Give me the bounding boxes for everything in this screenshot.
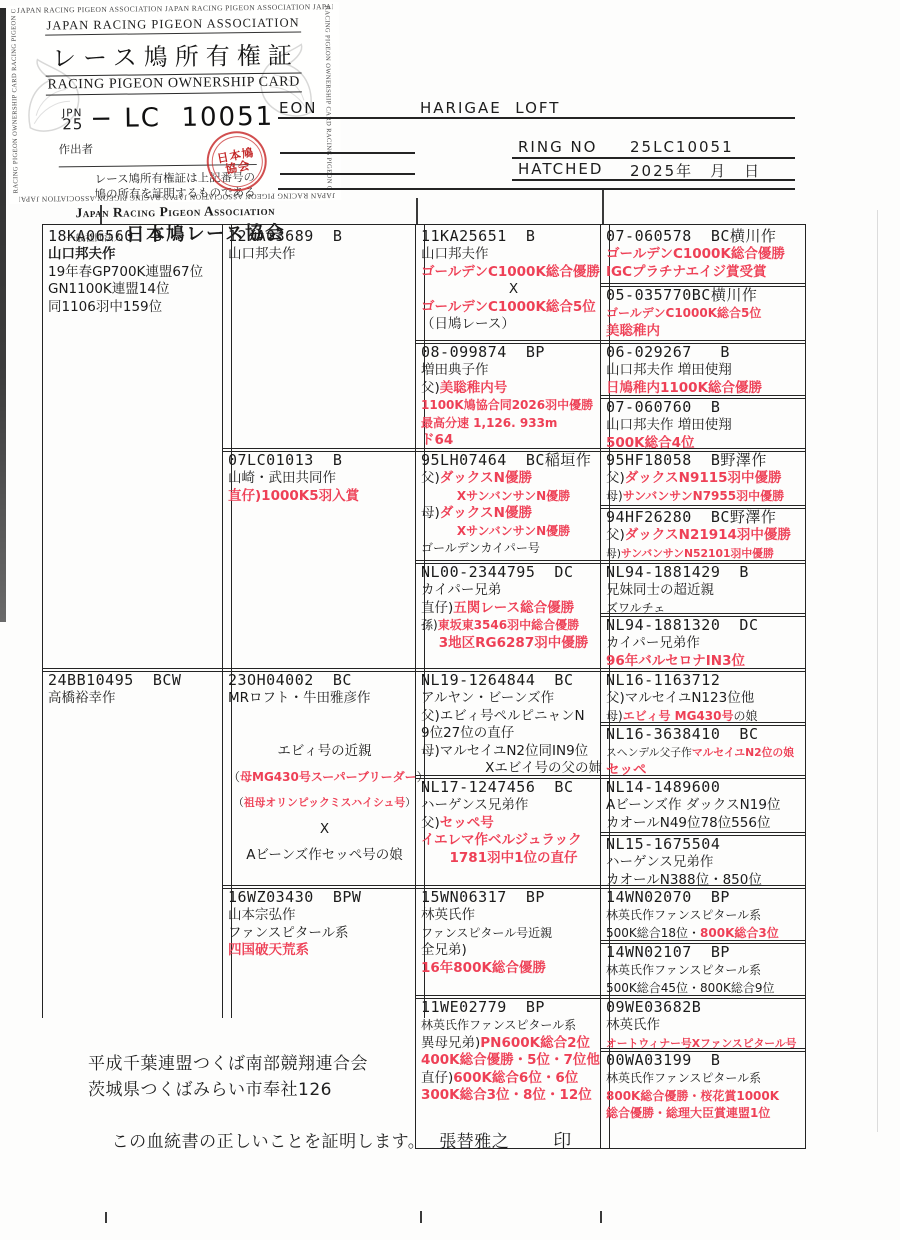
card-border-text-right: RACING PIGEON OWNERSHIP CARD RACING PIGE…: [323, 6, 332, 190]
pedigree-text: 山口邦夫作 増田使翔: [606, 417, 732, 433]
pedigree-line: エビィ号の近親: [228, 738, 421, 764]
pedigree-text: 直仔): [421, 600, 453, 616]
pedigree-text: マルセイユN2位の娘: [692, 746, 794, 759]
pedigree-line: ファンスピタール系: [228, 925, 421, 943]
certification-statement: この血統書の正しいことを証明します。張替雅之印: [88, 1103, 572, 1181]
pedigree-text: 16WZ03430 BPW: [228, 888, 361, 906]
pedigree-text: カオールN49位78位556位: [606, 815, 770, 831]
pedigree-text: 00WA03199 B: [606, 1051, 720, 1069]
pedigree-line: 14WN02070 BP: [606, 888, 802, 907]
pedigree-text: ダックスN21914羽中優勝: [625, 527, 791, 543]
pedigree-text: 14WN02070 BP: [606, 888, 730, 906]
pedigree-text: 父): [606, 470, 625, 486]
pedigree-cell-ddds: 09WE03682B林英氏作オートウィナー号Xファンスピタール号: [600, 995, 806, 1052]
pedigree-text: ド64: [421, 432, 453, 448]
pedigree-certificate-page: { "card": { "edge_top": "JAPAN RACING PI…: [0, 0, 900, 1240]
blank-field-line-2: [280, 173, 415, 175]
pedigree-line: ハーゲンス兄弟作: [421, 797, 606, 815]
card-border-text-left: RACING PIGEON OWNERSHIP CARD RACING PIGE…: [10, 9, 19, 193]
pedigree-line: NL19-1264844 BC: [421, 671, 606, 690]
card-ring-year: 25: [62, 119, 83, 130]
pedigree-line: NL15-1675504: [606, 835, 802, 854]
pedigree-line: 山口邦夫作 増田使翔: [606, 417, 802, 435]
pedigree-line: 林英氏作ファンスピタール系: [606, 962, 802, 980]
pedigree-line: XサンバンサンN優勝: [421, 523, 606, 541]
pedigree-text: 林英氏作ファンスピタール系: [606, 908, 761, 922]
pedigree-text: NL16-1163712: [606, 671, 720, 689]
pedigree-line: 父)セッペ号: [421, 815, 606, 833]
pedigree-text: アルヤン・ビーンズ作: [421, 690, 554, 706]
card-ring-number: JPN 25 − LC 10051: [46, 101, 302, 134]
pedigree-text: ダックスN優勝: [440, 470, 532, 486]
seal-inner-ring: [207, 131, 267, 191]
pedigree-text: 山本宗弘作: [228, 907, 296, 923]
pedigree-cell-dd: 16WZ03430 BPW山本宗弘作ファンスピタール系四国破天荒系: [222, 885, 425, 1018]
pedigree-text: カイパー兄弟作: [606, 635, 700, 651]
pedigree-line: 24BB10495 BCW: [48, 671, 228, 690]
pedigree-line: XサンバンサンN優勝: [421, 488, 606, 506]
pedigree-text: GN1100K連盟14位: [48, 281, 169, 297]
pedigree-text: の娘: [733, 709, 757, 723]
pedigree-cell-dsd: NL17-1247456 BCハーゲンス兄弟作父)セッペ号イエレマ作ベルジュラッ…: [415, 775, 610, 889]
pedigree-line: IGCプラチナエイジ賞受賞: [606, 264, 802, 282]
pedigree-line: 孫)東坂東3546羽中総合優勝: [421, 617, 606, 635]
pedigree-cell-sssd: 05-035770BC横川作ゴールデンC1000K総合5位美聡稚内: [600, 283, 806, 344]
pedigree-line: NL17-1247456 BC: [421, 778, 606, 797]
pedigree-text: 07-060760 B: [606, 398, 720, 416]
pedigree-text: 林英氏作ファンスピタール系: [606, 1071, 761, 1085]
pedigree-text: 山口邦夫作: [228, 246, 296, 262]
pedigree-line: 父)マルセイユN123位他: [606, 690, 802, 708]
pedigree-line: ゴールデンカイパー号: [421, 540, 606, 558]
pedigree-text: ハーゲンス兄弟作: [421, 797, 528, 813]
pedigree-line: カイパー兄弟作: [606, 635, 802, 653]
pedigree-cell-dam: 24BB10495 BCW高橋裕幸作: [42, 668, 232, 1018]
pedigree-text: 15WN06317 BP: [421, 888, 545, 906]
pedigree-text: 美聡稚内: [606, 323, 660, 339]
pedigree-cell-ddsd: 14WN02107 BP林英氏作ファンスピタール系500K総合45位・800K総…: [600, 940, 806, 999]
pedigree-text: スヘンデル父子作: [606, 746, 692, 759]
pedigree-line: 母)マルセイユN2位同IN9位: [421, 743, 606, 761]
pedigree-line: スヘンデル父子作マルセイユN2位の娘: [606, 744, 802, 762]
pedigree-line: 07-060760 B: [606, 398, 802, 417]
pedigree-line: 母)サンバンサンN7955羽中優勝: [606, 488, 802, 506]
pedigree-text: 東坂東3546羽中総合優勝: [438, 618, 579, 632]
pedigree-line: NL16-1163712: [606, 671, 802, 690]
pedigree-line: 同1106羽中159位: [48, 299, 228, 317]
pedigree-text: 500K総合45位・800K総合9位: [606, 981, 774, 995]
pedigree-text: 母): [421, 505, 440, 521]
pedigree-text: 母)マルセイユN2位同IN9位: [421, 743, 588, 759]
pedigree-line: ハーゲンス兄弟作: [606, 854, 802, 872]
pedigree-text: NL16-3638410 BC: [606, 725, 759, 743]
pedigree-line: 12KA03689 B: [228, 227, 421, 246]
tick-mark-top-1: [100, 205, 102, 224]
pedigree-text: 父)エビィ号ペルピニャンN: [421, 708, 585, 724]
pedigree-line: 増田典子作: [421, 362, 606, 380]
pedigree-text: NL94-1881429 B: [606, 563, 749, 581]
pedigree-text: Aビーンズ作 ダックスN19位: [606, 797, 780, 813]
pedigree-line: X: [228, 816, 421, 842]
pedigree-text: エビィ号の近親: [277, 743, 371, 759]
scan-edge-shadow: [0, 8, 6, 622]
ring-no-value: 25LC10051: [630, 138, 734, 156]
pedigree-cell-sss: 11KA25651 B山口邦夫作ゴールデンC1000K総合優勝XゴールデンC10…: [415, 224, 610, 344]
pedigree-line: 07LC01013 B: [228, 451, 421, 470]
pedigree-line: 林英氏作: [606, 1017, 802, 1035]
pedigree-cell-sdss: 95HF18058 B野澤作父)ダックスN9115羽中優勝母)サンバンサンN79…: [600, 448, 806, 509]
pedigree-cell-dsdd: NL15-1675504ハーゲンス兄弟作カオールN388位・850位: [600, 832, 806, 889]
pedigree-text: NL00-2344795 DC: [421, 563, 574, 581]
pedigree-text: MRロフト・牛田雅彦作: [228, 690, 371, 706]
hatched-value: 2025年 月 日: [630, 160, 761, 181]
pedigree-cell-sire: 18KA06560 B山口邦夫作19年春GP700K連盟67位GN1100K連盟…: [42, 224, 232, 672]
pedigree-text: カイパー兄弟: [421, 582, 501, 598]
pedigree-text: 孫): [421, 618, 438, 632]
pedigree-line: 山口邦夫作 増田使翔: [606, 362, 802, 380]
pedigree-line: ゴールデンC1000K総合優勝: [421, 264, 606, 282]
pedigree-text: 最高分速 1,126. 933m: [421, 416, 557, 430]
pedigree-text: 母MG430号スーパーブリーダー: [240, 770, 417, 784]
pedigree-text: XサンバンサンN優勝: [457, 524, 570, 538]
pedigree-line: （母MG430号スーパーブリーダー）: [228, 764, 421, 790]
pedigree-line: 11WE02779 BP: [421, 998, 606, 1017]
pedigree-line: 直仔)1000K5羽入賞: [228, 488, 421, 506]
pedigree-line: 07-060578 BC横川作: [606, 227, 802, 246]
pedigree-line: 父)ダックスN9115羽中優勝: [606, 470, 802, 488]
pedigree-text: 林英氏作: [606, 1017, 660, 1033]
pedigree-line: ゴールデンC1000K総合5位: [421, 299, 606, 317]
pedigree-cell-sds: 95LH07464 BC稲垣作父)ダックスN優勝XサンバンサンN優勝母)ダックス…: [415, 448, 610, 564]
pedigree-line: 95HF18058 B野澤作: [606, 451, 802, 470]
pedigree-cell-dssd: NL16-3638410 BCスヘンデル父子作マルセイユN2位の娘セッペ: [600, 722, 806, 779]
pedigree-line: 美聡稚内: [606, 323, 802, 341]
pedigree-line: ド64: [421, 432, 606, 450]
certification-statement-text: この血統書の正しいことを証明します。: [112, 1132, 426, 1152]
pedigree-cell-dddd: 00WA03199 B林英氏作ファンスピタール系800K総合優勝・桜花賞1000…: [600, 1048, 806, 1149]
pedigree-line: 16年800K総合優勝: [421, 960, 606, 978]
pedigree-text: エビィ号 MG430号: [623, 709, 734, 723]
pedigree-text: 山崎・武田共同作: [228, 470, 336, 486]
pedigree-text: 19年春GP700K連盟67位: [48, 264, 203, 280]
pedigree-text: XサンバンサンN優勝: [457, 489, 570, 503]
pedigree-text: 兄妹同士の超近親: [606, 582, 714, 598]
pedigree-line: ゴールデンC1000K総合5位: [606, 305, 802, 323]
pedigree-text: （: [233, 796, 244, 809]
rule-under-loft: [278, 117, 795, 119]
pedigree-line: （祖母オリンピックミスハイシュ号）: [228, 790, 421, 816]
card-ring-main: − LC 10051: [90, 102, 274, 134]
pedigree-text: 96年バルセロナIN3位: [606, 653, 745, 669]
pedigree-line: 94HF26280 BC野澤作: [606, 508, 802, 527]
pedigree-text: 父): [421, 470, 440, 486]
certifier-seal: 印: [553, 1131, 572, 1152]
pedigree-text: IGCプラチナエイジ賞受賞: [606, 264, 766, 280]
pedigree-line: 林英氏作ファンスピタール系: [606, 907, 802, 925]
pedigree-line: 06-029267 B: [606, 343, 802, 362]
pedigree-line: 兄妹同士の超近親: [606, 582, 802, 600]
certification-federation: 平成千葉連盟つくば南部競翔連合会: [88, 1052, 572, 1078]
card-statement-line2: 鳩の所有を証明するものである: [47, 184, 303, 202]
tick-mark-bottom-2: [420, 1211, 422, 1223]
pedigree-text: 14WN02107 BP: [606, 943, 730, 961]
pedigree-text: 高橋裕幸作: [48, 690, 116, 706]
pedigree-line: イエレマ作ベルジュラック: [421, 832, 606, 850]
pedigree-cell-dds: 15WN06317 BP林英氏作ファンスピタール号近親全兄弟)16年800K総合…: [415, 885, 610, 999]
pedigree-text: Xエビイ号の父の姉: [485, 760, 602, 776]
pedigree-text: 11KA25651 B: [421, 227, 535, 245]
pedigree-cell-ddss: 14WN02070 BP林英氏作ファンスピタール系500K総合18位・800K総…: [600, 885, 806, 944]
pedigree-text: 95LH07464 BC稲垣作: [421, 451, 591, 469]
pedigree-text: サンバンサンN7955羽中優勝: [623, 489, 784, 503]
pedigree-text: 母): [606, 547, 621, 560]
pedigree-text: セッペ号: [440, 815, 494, 831]
rule-under-ring-no: [512, 157, 795, 159]
pedigree-line: 18KA06560 B: [48, 227, 228, 246]
pedigree-text: 18KA06560 B: [48, 227, 162, 245]
rule-under-hatched: [512, 179, 795, 181]
pedigree-cell-dsss: NL16-1163712父)マルセイユN123位他母)エビィ号 MG430号の娘: [600, 668, 806, 726]
pedigree-text: 五関レース総合優勝: [453, 600, 574, 616]
pedigree-line: カオールN49位78位556位: [606, 815, 802, 833]
pedigree-text: ダックスN9115羽中優勝: [625, 470, 782, 486]
pedigree-line: 15WN06317 BP: [421, 888, 606, 907]
blank-field-line-1: [280, 152, 415, 154]
pedigree-line: 95LH07464 BC稲垣作: [421, 451, 606, 470]
pedigree-line: 14WN02107 BP: [606, 943, 802, 962]
pedigree-line: 全兄弟): [421, 942, 606, 960]
pedigree-text: （: [228, 770, 240, 784]
pedigree-text: 9位27位の直仔: [421, 725, 514, 741]
pedigree-line: 05-035770BC横川作: [606, 286, 802, 305]
pedigree-text: NL94-1881320 DC: [606, 616, 759, 634]
pedigree-line: NL00-2344795 DC: [421, 563, 606, 582]
pedigree-text: 美聡稚内号: [440, 380, 508, 396]
certifier-name: 張替雅之: [439, 1132, 509, 1152]
pedigree-cell-sddd: NL94-1881320 DCカイパー兄弟作96年バルセロナIN3位: [600, 613, 806, 672]
pedigree-text: 山口邦夫作 増田使翔: [606, 362, 732, 378]
pedigree-text: 1781羽中1位の直仔: [450, 850, 578, 866]
ring-no-label: RING NO: [518, 138, 598, 156]
pedigree-line: 00WA03199 B: [606, 1051, 802, 1070]
pedigree-line: NL94-1881429 B: [606, 563, 802, 582]
pedigree-cell-sdsd: 94HF26280 BC野澤作父)ダックスN21914羽中優勝母)サンバンサンN…: [600, 505, 806, 564]
pedigree-line: 山口邦夫作: [228, 246, 421, 264]
card-ring-country: JPN 25: [62, 108, 83, 130]
pedigree-line: 母)ダックスN優勝: [421, 505, 606, 523]
card-border-text-top: JAPAN RACING PIGEON ASSOCIATION JAPAN RA…: [17, 2, 333, 15]
pedigree-text: X: [320, 821, 329, 837]
pedigree-line: 800K総合優勝・桜花賞1000K: [606, 1088, 802, 1106]
pedigree-text: ゴールデンC1000K総合優勝: [421, 264, 600, 280]
hatched-label: HATCHED: [518, 160, 603, 178]
pedigree-cell-dsds: NL14-1489600Aビーンズ作 ダックスN19位カオールN49位78位55…: [600, 775, 806, 836]
pedigree-line: ファンスピタール号近親: [421, 925, 606, 943]
pedigree-text: ハーゲンス兄弟作: [606, 854, 713, 870]
pedigree-line: 山崎・武田共同作: [228, 470, 421, 488]
pedigree-cell-sdd: NL00-2344795 DCカイパー兄弟直仔)五関レース総合優勝孫)東坂東35…: [415, 560, 610, 672]
pedigree-cell-dss: NL19-1264844 BCアルヤン・ビーンズ作父)エビィ号ペルピニャンN9位…: [415, 668, 610, 779]
pedigree-text: ゴールデンC1000K総合5位: [421, 299, 596, 315]
pedigree-line: カイパー兄弟: [421, 582, 606, 600]
pedigree-text: 94HF26280 BC野澤作: [606, 508, 776, 526]
pedigree-line: 父)ダックスN優勝: [421, 470, 606, 488]
pedigree-line: 16WZ03430 BPW: [228, 888, 421, 907]
pedigree-text: 父): [606, 527, 625, 543]
pedigree-text: 山口邦夫作: [48, 246, 116, 262]
tick-mark-bottom-3: [600, 1211, 602, 1223]
pedigree-text: 総合優勝・総理大臣賞連盟1位: [606, 1106, 770, 1120]
card-title-jp: レース鳩所有権証: [45, 32, 301, 75]
pedigree-line: 3地区RG6287羽中優勝: [421, 635, 606, 653]
pedigree-line: GN1100K連盟14位: [48, 281, 228, 299]
scan-right-shadow: [877, 210, 878, 1132]
pedigree-text: 08-099874 BP: [421, 343, 545, 361]
pedigree-text: イエレマ作ベルジュラック: [421, 832, 582, 848]
pedigree-text: ファンスピタール系: [228, 925, 349, 941]
pedigree-line: [228, 708, 421, 738]
pedigree-line: 9位27位の直仔: [421, 725, 606, 743]
pedigree-text: X: [509, 281, 518, 297]
pedigree-text: PN600K総合2位: [480, 1035, 590, 1051]
pedigree-text: 増田典子作: [421, 362, 489, 378]
pedigree-text: 父): [421, 815, 440, 831]
pedigree-text: 07-060578 BC横川作: [606, 227, 776, 245]
pedigree-line: 1781羽中1位の直仔: [421, 850, 606, 868]
certification-address: 茨城県つくばみらい市奉社126: [88, 1078, 572, 1104]
pedigree-text: 林英氏作ファンスピタール系: [421, 1018, 576, 1032]
tick-mark-bottom-1: [105, 1212, 107, 1223]
pedigree-line: 父)ダックスN21914羽中優勝: [606, 527, 802, 545]
pedigree-cell-sd: 07LC01013 B山崎・武田共同作直仔)1000K5羽入賞: [222, 448, 425, 672]
pedigree-text: NL14-1489600: [606, 778, 720, 796]
pedigree-line: 11KA25651 B: [421, 227, 606, 246]
card-title-en: RACING PIGEON OWNERSHIP CARD: [46, 72, 302, 95]
pedigree-cell-ss: 12KA03689 B山口邦夫作: [222, 224, 425, 452]
pedigree-cell-ssdd: 07-060760 B山口邦夫作 増田使翔500K総合4位: [600, 395, 806, 452]
pedigree-line: Aビーンズ作 ダックスN19位: [606, 797, 802, 815]
pedigree-text: 祖母オリンピックミスハイシュ号: [244, 796, 405, 809]
pedigree-text: 95HF18058 B野澤作: [606, 451, 767, 469]
pedigree-line: MRロフト・牛田雅彦作: [228, 690, 421, 708]
pedigree-text: サンバンサンN52101羽中優勝: [621, 547, 774, 560]
pedigree-text: 800K総合3位: [700, 926, 779, 940]
pedigree-text: 林英氏作: [421, 907, 475, 923]
pedigree-text: 同1106羽中159位: [48, 299, 162, 315]
pedigree-text: 23OH04002 BC: [228, 671, 352, 689]
pedigree-line: 四国破天荒系: [228, 942, 421, 960]
pedigree-text: 06-029267 B: [606, 343, 730, 361]
pedigree-text: 11WE02779 BP: [421, 998, 545, 1016]
pedigree-cell-ds: 23OH04002 BCMRロフト・牛田雅彦作エビィ号の近親（母MG430号スー…: [222, 668, 425, 889]
tick-mark-top-2: [416, 198, 418, 224]
pedigree-line: NL94-1881320 DC: [606, 616, 802, 635]
pedigree-text: 07LC01013 B: [228, 451, 342, 469]
pedigree-text: ダックスN優勝: [440, 505, 532, 521]
pedigree-line: 19年春GP700K連盟67位: [48, 264, 228, 282]
pedigree-line: 山口邦夫作: [421, 246, 606, 264]
pedigree-text: 1100K鳩協合同2026羽中優勝: [421, 398, 593, 412]
pedigree-text: 16年800K総合優勝: [421, 960, 546, 976]
pedigree-line: 最高分速 1,126. 933m: [421, 415, 606, 433]
pedigree-text: Aビーンズ作セッペ号の娘: [246, 847, 403, 863]
pedigree-text: 母): [606, 709, 623, 723]
pedigree-line: 林英氏作: [421, 907, 606, 925]
pedigree-line: 08-099874 BP: [421, 343, 606, 362]
pedigree-cell-ssd: 08-099874 BP増田典子作父)美聡稚内号1100K鳩協合同2026羽中優…: [415, 340, 610, 452]
pedigree-line: ゴールデンC1000K総合優勝: [606, 246, 802, 264]
pedigree-line: 1100K鳩協合同2026羽中優勝: [421, 397, 606, 415]
card-content: JAPAN RACING PIGEON ASSOCIATION レース鳩所有権証…: [45, 15, 304, 247]
pedigree-text: NL19-1264844 BC: [421, 671, 574, 689]
pedigree-line: 林英氏作ファンスピタール系: [606, 1070, 802, 1088]
pedigree-line: 林英氏作ファンスピタール系: [421, 1017, 606, 1035]
pedigree-text: 直仔)1000K5羽入賞: [228, 488, 359, 504]
pedigree-line: 山本宗弘作: [228, 907, 421, 925]
pedigree-cell-ssss: 07-060578 BC横川作ゴールデンC1000K総合優勝IGCプラチナエイジ…: [600, 224, 806, 287]
pedigree-text: （日鳩レース）: [421, 316, 515, 332]
pedigree-line: アルヤン・ビーンズ作: [421, 690, 606, 708]
pedigree-cell-sdds: NL94-1881429 B兄妹同士の超近親ズワルチェ: [600, 560, 806, 617]
pedigree-text: 12KA03689 B: [228, 227, 342, 245]
pedigree-text: 父)マルセイユN123位他: [606, 690, 754, 706]
tick-mark-top-3: [602, 190, 604, 224]
pedigree-line: NL14-1489600: [606, 778, 802, 797]
pedigree-line: 異母兄弟)PN600K総合2位: [421, 1035, 606, 1053]
pedigree-text: 500K総合18位・: [606, 926, 700, 940]
pedigree-text: 四国破天荒系: [228, 942, 309, 958]
pedigree-text: 林英氏作ファンスピタール系: [606, 963, 761, 977]
pedigree-text: 異母兄弟): [421, 1035, 480, 1051]
pedigree-text: 800K総合優勝・桜花賞1000K: [606, 1089, 779, 1103]
pedigree-text: 山口邦夫作: [421, 246, 489, 262]
certification-block: 平成千葉連盟つくば南部競翔連合会 茨城県つくばみらい市奉社126 この血統書の正…: [88, 1052, 572, 1181]
pedigree-text: 24BB10495 BCW: [48, 671, 181, 689]
pedigree-text: ゴールデンC1000K総合5位: [606, 306, 761, 320]
pedigree-text: 09WE03682B: [606, 998, 701, 1016]
pedigree-text: 全兄弟): [421, 942, 467, 958]
pigeon-word-partial: EON: [279, 99, 318, 117]
header-bottom-rule: [278, 188, 795, 190]
pedigree-line: 09WE03682B: [606, 998, 802, 1017]
pedigree-text: 母): [606, 489, 623, 503]
pedigree-line: 23OH04002 BC: [228, 671, 421, 690]
pedigree-text: 05-035770BC横川作: [606, 286, 757, 304]
pedigree-line: 父)美聡稚内号: [421, 380, 606, 398]
pedigree-text: ゴールデンカイパー号: [421, 541, 540, 555]
pedigree-text: 日鳩稚内1100K総合優勝: [606, 380, 762, 396]
pedigree-line: 直仔)五関レース総合優勝: [421, 600, 606, 618]
pedigree-line: NL16-3638410 BC: [606, 725, 802, 744]
pedigree-text: NL17-1247456 BC: [421, 778, 574, 796]
pedigree-line: 山口邦夫作: [48, 246, 228, 264]
pedigree-line: （日鳩レース）: [421, 316, 606, 334]
loft-name: HARIGAE LOFT: [420, 99, 560, 117]
pedigree-line: 総合優勝・総理大臣賞連盟1位: [606, 1105, 802, 1123]
pedigree-text: ファンスピタール号近親: [421, 926, 552, 940]
pedigree-line: X: [421, 281, 606, 299]
pedigree-line: 高橋裕幸作: [48, 690, 228, 708]
pedigree-text: 父): [421, 380, 440, 396]
pedigree-text: NL15-1675504: [606, 835, 720, 853]
pedigree-line: Aビーンズ作セッペ号の娘: [228, 842, 421, 868]
pedigree-line: 父)エビィ号ペルピニャンN: [421, 708, 606, 726]
pedigree-cell-ssds: 06-029267 B山口邦夫作 増田使翔日鳩稚内1100K総合優勝: [600, 340, 806, 399]
pedigree-text: 3地区RG6287羽中優勝: [439, 635, 588, 651]
pedigree-text: ゴールデンC1000K総合優勝: [606, 246, 785, 262]
